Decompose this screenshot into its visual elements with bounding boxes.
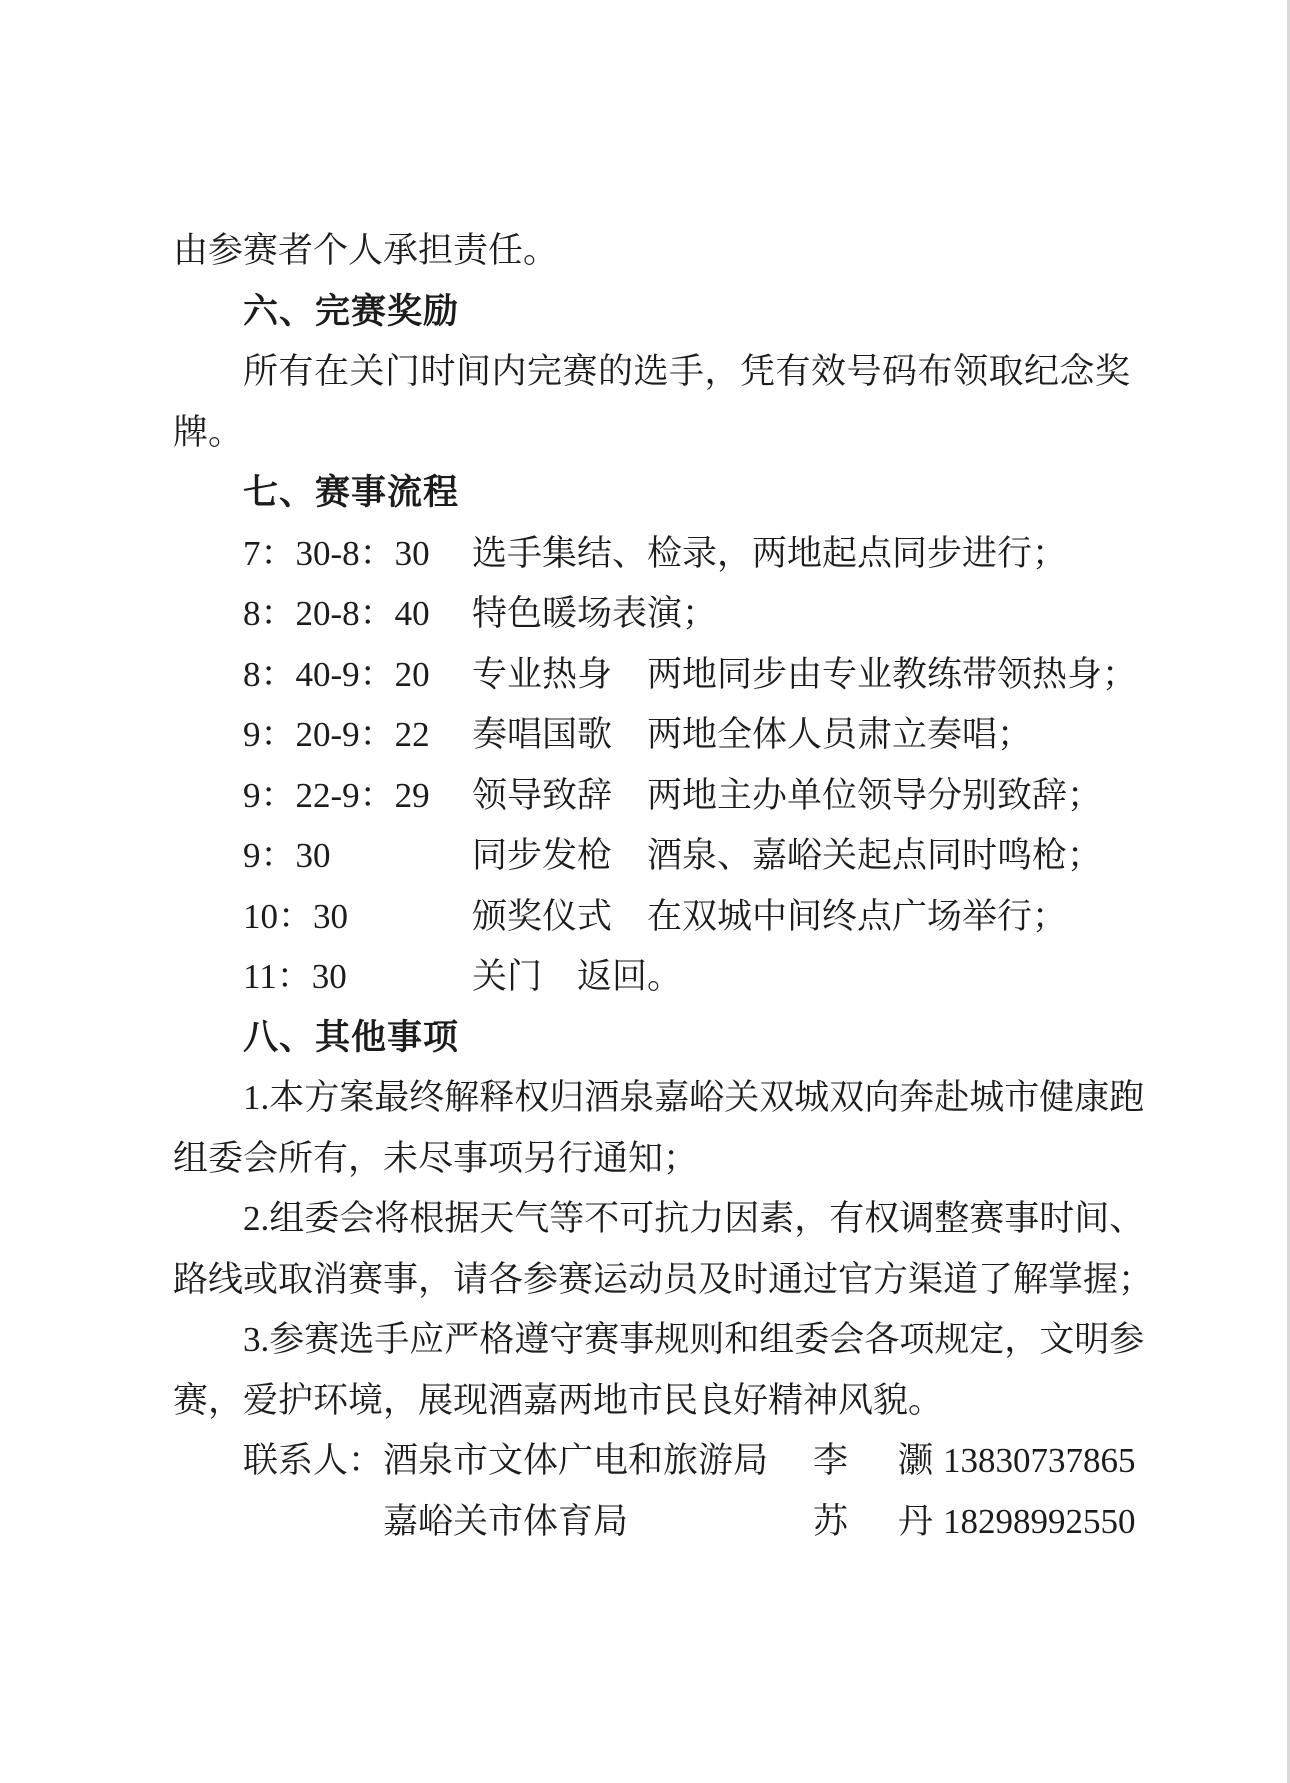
- contact-label-spacer: [243, 1492, 383, 1553]
- section-heading-7: 七、赛事流程: [173, 463, 1130, 524]
- schedule-row: 9：20-9：22 奏唱国歌 两地全体人员肃立奏唱；: [173, 705, 1130, 766]
- contact-label: 联系人：: [243, 1431, 383, 1492]
- schedule-desc: 同步发枪 酒泉、嘉峪关起点同时鸣枪；: [472, 826, 1102, 887]
- contact-surname: 李: [813, 1431, 848, 1492]
- schedule-time: 8：20-8：40: [243, 584, 472, 645]
- schedule-desc: 颁奖仪式 在双城中间终点广场举行；: [472, 887, 1067, 948]
- schedule-row: 9：22-9：29 领导致辞 两地主办单位领导分别致辞；: [173, 766, 1130, 827]
- contact-phone: 18298992550: [943, 1492, 1136, 1553]
- schedule-row: 7：30-8：30 选手集结、检录，两地起点同步进行；: [173, 524, 1130, 585]
- schedule-time: 10：30: [243, 887, 472, 948]
- paragraph-continuation: 由参赛者个人承担责任。: [173, 221, 1130, 282]
- contact-phone: 13830737865: [943, 1431, 1136, 1492]
- schedule-time: 9：20-9：22: [243, 705, 472, 766]
- contact-row: 嘉峪关市体育局 苏 丹 18298992550: [173, 1492, 1130, 1553]
- schedule-row: 10：30 颁奖仪式 在双城中间终点广场举行；: [173, 887, 1130, 948]
- other-item-3-line-2: 赛，爱护环境，展现酒嘉两地市民良好精神风貌。: [173, 1371, 1130, 1432]
- schedule-time: 9：22-9：29: [243, 766, 472, 827]
- schedule-time: 7：30-8：30: [243, 524, 472, 585]
- section-heading-6: 六、完赛奖励: [173, 282, 1130, 343]
- other-item-2-line-2: 路线或取消赛事，请各参赛运动员及时通过官方渠道了解掌握；: [173, 1250, 1130, 1311]
- schedule-desc: 领导致辞 两地主办单位领导分别致辞；: [472, 766, 1102, 827]
- contact-given-name: 灏: [898, 1431, 933, 1492]
- schedule-time: 11：30: [243, 947, 472, 1008]
- schedule-row: 9：30 同步发枪 酒泉、嘉峪关起点同时鸣枪；: [173, 826, 1130, 887]
- contact-given-name: 丹: [898, 1492, 933, 1553]
- other-item-3-line-1: 3.参赛选手应严格遵守赛事规则和组委会各项规定，文明参: [173, 1310, 1130, 1371]
- schedule-time: 9：30: [243, 826, 472, 887]
- other-item-2-line-1: 2.组委会将根据天气等不可抗力因素，有权调整赛事时间、: [173, 1189, 1130, 1250]
- contact-person: 李 灏: [813, 1431, 933, 1492]
- document-page: 由参赛者个人承担责任。 六、完赛奖励 所有在关门时间内完赛的选手，凭有效号码布领…: [0, 0, 1290, 1783]
- award-paragraph-line-2: 牌。: [173, 403, 1130, 464]
- schedule-time: 8：40-9：20: [243, 645, 472, 706]
- section-heading-8: 八、其他事项: [173, 1008, 1130, 1069]
- contact-row: 联系人： 酒泉市文体广电和旅游局 李 灏 13830737865: [173, 1431, 1130, 1492]
- schedule-desc: 关门 返回。: [472, 947, 682, 1008]
- schedule-desc: 选手集结、检录，两地起点同步进行；: [472, 524, 1067, 585]
- award-paragraph-line-1: 所有在关门时间内完赛的选手，凭有效号码布领取纪念奖: [173, 342, 1130, 403]
- schedule-row: 8：40-9：20 专业热身 两地同步由专业教练带领热身；: [173, 645, 1130, 706]
- other-item-1-line-2: 组委会所有，未尽事项另行通知；: [173, 1129, 1130, 1190]
- schedule-desc: 奏唱国歌 两地全体人员肃立奏唱；: [472, 705, 1032, 766]
- contact-org: 酒泉市文体广电和旅游局: [383, 1431, 813, 1492]
- schedule-row: 11：30 关门 返回。: [173, 947, 1130, 1008]
- schedule-row: 8：20-8：40 特色暖场表演；: [173, 584, 1130, 645]
- contact-org: 嘉峪关市体育局: [383, 1492, 813, 1553]
- schedule-desc: 特色暖场表演；: [472, 584, 717, 645]
- other-item-1-line-1: 1.本方案最终解释权归酒泉嘉峪关双城双向奔赴城市健康跑: [173, 1068, 1130, 1129]
- schedule-desc: 专业热身 两地同步由专业教练带领热身；: [472, 645, 1137, 706]
- contact-person: 苏 丹: [813, 1492, 933, 1553]
- contact-surname: 苏: [813, 1492, 848, 1553]
